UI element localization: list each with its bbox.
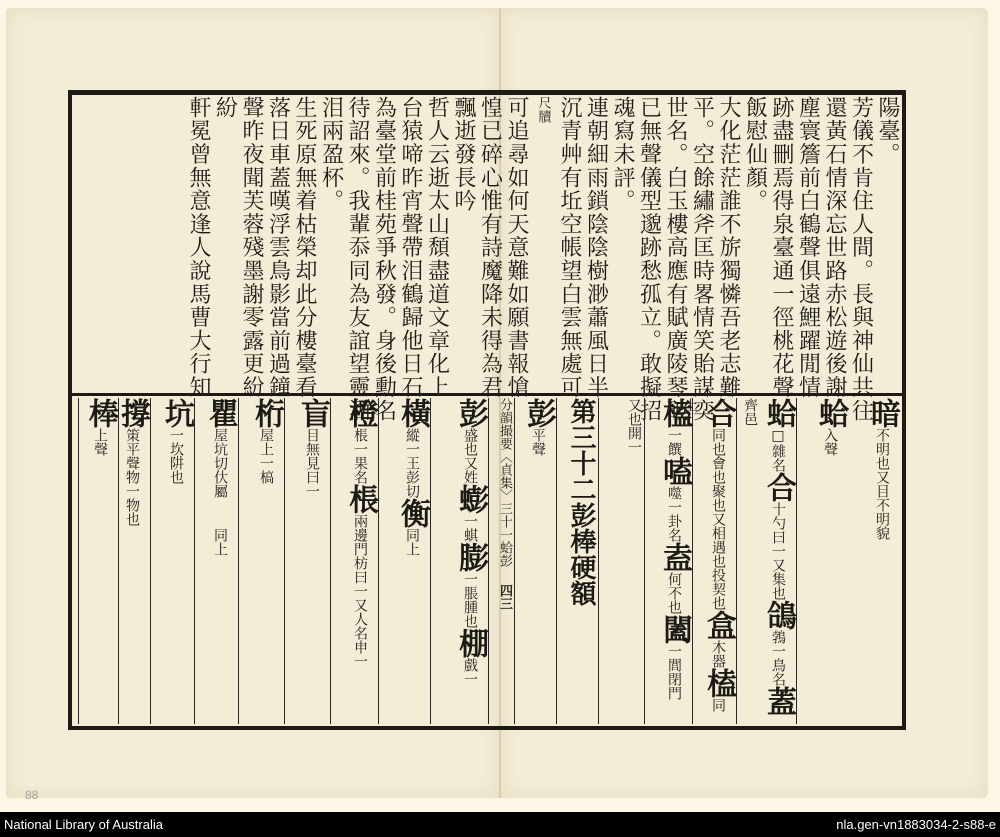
dict-col-3: 蛤□雜名合十勺曰一又集也鴿鵓一鳥名蓋齊邑 — [736, 398, 796, 724]
poem-column: 惶已碎心惟有詩魔降未得為君 — [476, 96, 503, 391]
dict-col-10: 彭盛也又姓蟛一蜞膨一脹腫也棚戲一 — [430, 398, 488, 724]
dict-col-16: 坑一坎阱也 — [150, 398, 194, 724]
poem-column: 飄逝發長吟 — [450, 96, 477, 391]
poem-column: 還黃石情深忘世路赤松遊後謝 — [821, 96, 848, 391]
gloss: 不明也又目不明貌 — [874, 428, 890, 540]
gloss: 齊邑 — [742, 398, 758, 426]
gloss: 入聲 — [822, 428, 838, 456]
dict-col-12: 橙棖一果名棖兩邊門枋曰一又人名申一 — [330, 398, 378, 724]
gloss: 何不也 — [666, 572, 682, 614]
dict-col-14: 桁屋上一槁 — [238, 398, 284, 724]
poem-column: 平。空餘繡斧匡時畧情笑貽謀奕 — [688, 96, 715, 391]
upper-poem-text: 陽臺。芳儀不肯住人間。長與神仙共往還黃石情深忘世路赤松遊後謝塵寰簷前白鶴聲俱遠鯉… — [78, 96, 900, 391]
gloss: 平聲 — [530, 428, 546, 456]
headword: 闔 — [657, 614, 692, 644]
gloss: 一蜞 — [462, 514, 478, 542]
gloss: 同也會也聚也又相遇也投契也 — [710, 428, 726, 610]
headword: 盲 — [295, 398, 330, 428]
headword: 棒 — [83, 398, 118, 428]
headword: 衡 — [395, 498, 430, 528]
dict-col-4: 合同也會也聚也又相遇也投契也盒木器榼同上 — [692, 398, 736, 724]
headword: 合 — [701, 398, 736, 428]
lower-dictionary-section: 暗不明也又目不明貌 蛤入聲 蛤□雜名合十勺曰一又集也鴿鵓一鳥名蓋齊邑 合同也會也… — [78, 398, 900, 724]
poem-column: 跡盡刪焉得泉臺通一徑桃花聲 — [768, 96, 795, 391]
gloss: 同上 — [404, 528, 420, 556]
dict-col-5: 榼一饌嗑噬一卦名盍何不也闔一閭閉門 — [644, 398, 692, 724]
poem-column: 連朝細雨鎖陰陰樹渺蕭風日半 — [582, 96, 609, 391]
poem-column: 紛 — [211, 96, 238, 391]
headword: 盍 — [657, 542, 692, 572]
gloss: 戲一 — [462, 658, 478, 686]
headword: 撐 — [115, 398, 150, 428]
headword: 瞿 — [203, 398, 238, 428]
gloss: 同上 — [212, 528, 228, 556]
rhyme-section-title: 第三十二彭棒硬額 — [566, 398, 596, 606]
gloss: 上聲 — [92, 428, 108, 456]
headword: 𦥸 — [203, 498, 238, 528]
poem-column: 陽臺。 — [874, 96, 901, 391]
headword: 暗 — [865, 398, 900, 428]
library-label: National Library of Australia — [4, 817, 163, 832]
headword: 桁 — [249, 398, 284, 428]
gloss: 盛也又姓 — [462, 428, 478, 484]
gloss: 噬一卦名 — [666, 486, 682, 542]
scanned-book-spread: 陽臺。芳儀不肯住人間。長與神仙共往還黃石情深忘世路赤松遊後謝塵寰簷前白鶴聲俱遠鯉… — [0, 0, 1000, 812]
dict-col-18: 棒上聲 — [78, 398, 118, 724]
headword: 橫 — [395, 398, 430, 428]
dict-col-17: 撐策平聲物一物也 — [118, 398, 150, 724]
poem-column: 聲昨夜聞芙蓉殘墨謝零露更紛 — [238, 96, 265, 391]
gloss: 縱一王彭切 — [404, 428, 420, 498]
headword: 盒 — [701, 610, 736, 640]
dict-col-8: 彭平聲 — [514, 398, 556, 724]
gloss: 目無見曰一 — [304, 428, 320, 498]
gloss: 兩邊門枋曰一又人名申一 — [352, 514, 368, 668]
headword: 嗑 — [657, 456, 692, 486]
gloss: 十勺曰一又集也 — [770, 502, 786, 600]
dict-col-13: 盲目無見曰一 — [284, 398, 330, 724]
headword: 榼 — [701, 668, 736, 698]
dict-col-6: 又也開一 — [598, 398, 644, 724]
poem-column: 待詔來。我輩忝同為友誼望靈洒 — [344, 96, 371, 391]
poem-column: 世名。白玉樓高應有賦廣陵琴破 — [662, 96, 689, 391]
item-identifier: nla.gen-vn1883034-2-s88-e — [836, 817, 996, 832]
gloss: 棖一果名 — [352, 428, 368, 484]
headword: 蓋 — [761, 686, 796, 716]
headword: 橙 — [343, 398, 378, 428]
poem-column: 台猿啼昨宵聲帶泪鶴歸他日石 — [397, 96, 424, 391]
poem-column: 塵寰簷前白鶴聲俱遠鯉躍閒情 — [794, 96, 821, 391]
gloss: 屋坑切㐲屬 — [212, 428, 228, 498]
gloss: 一饌 — [666, 428, 682, 456]
poem-column: 魂寫未評。 — [609, 96, 636, 391]
headword: 榼 — [657, 398, 692, 428]
gloss: 一閭閉門 — [666, 644, 682, 700]
gloss: 又也開一 — [626, 398, 642, 454]
dict-col-11: 橫縱一王彭切衡同上 — [378, 398, 430, 724]
poem-column: 生死原無着枯榮却此分樓臺看 — [291, 96, 318, 391]
headword: 合 — [761, 472, 796, 502]
headword: 鴿 — [761, 600, 796, 630]
poem-column: 大化茫茫誰不旂獨憐吾老志難 — [715, 96, 742, 391]
headword: 棚 — [453, 628, 488, 658]
poem-column: 為臺堂前桂苑爭秋發。身後勳名 — [370, 96, 397, 391]
poem-column: 芳儀不肯住人間。長與神仙共往 — [847, 96, 874, 391]
dict-col-2: 蛤入聲 — [796, 398, 848, 724]
gloss: 一坎阱也 — [168, 428, 184, 484]
headword: 蛤 — [813, 398, 848, 428]
section-title-col: 第三十二彭棒硬額 — [556, 398, 598, 724]
dict-col-1: 暗不明也又目不明貌 — [848, 398, 900, 724]
headword: 蛤 — [761, 398, 796, 428]
page-number: 四三 — [497, 584, 512, 610]
headword: 彭 — [453, 398, 488, 428]
headword: 彭 — [521, 398, 556, 428]
poem-column: 軒冕曾無意逢人說馬曹大行知 — [185, 96, 212, 391]
book-title: 分韻撮要〈貞集〉三十一蛤彭 — [497, 398, 512, 567]
poem-column: 落日車蓋嘆浮雲鳥影當前過鐘 — [264, 96, 291, 391]
poem-column: 已無聲儀型邈跡愁孤立。敢擬招 — [635, 96, 662, 391]
poem-column: 哲人云逝太山頹盡道文章化上 — [423, 96, 450, 391]
poem-column: 沉青艸有坵空帳望白雲無處可 — [556, 96, 583, 391]
gloss: 鵓一鳥名 — [770, 630, 786, 686]
headword: 蟛 — [453, 484, 488, 514]
headword: 坑 — [159, 398, 194, 428]
gloss: □雜名 — [770, 428, 786, 472]
poem-column: 泪兩盈杯。 — [317, 96, 344, 391]
gloss: 木器 — [710, 640, 726, 668]
headword: 棖 — [343, 484, 378, 514]
gloss: 屋上一槁 — [258, 428, 274, 484]
poem-column: 飯慰仙顏。 — [741, 96, 768, 391]
poem-column: 可追尋如何天意難如願書報愴 — [503, 96, 530, 391]
headword: 膨 — [453, 542, 488, 572]
center-margin: 分韻撮要〈貞集〉三十一蛤彭 四三 — [488, 398, 514, 724]
gloss: 一脹腫也 — [462, 572, 478, 628]
corner-page-mark: 88 — [25, 788, 38, 802]
footer-banner: National Library of Australia nla.gen-vn… — [0, 812, 1000, 837]
gloss: 策平聲物一物也 — [124, 428, 140, 526]
dict-col-15: 瞿屋坑切㐲屬𦥸同上 — [194, 398, 238, 724]
poem-column: 尺牘 — [529, 96, 556, 391]
